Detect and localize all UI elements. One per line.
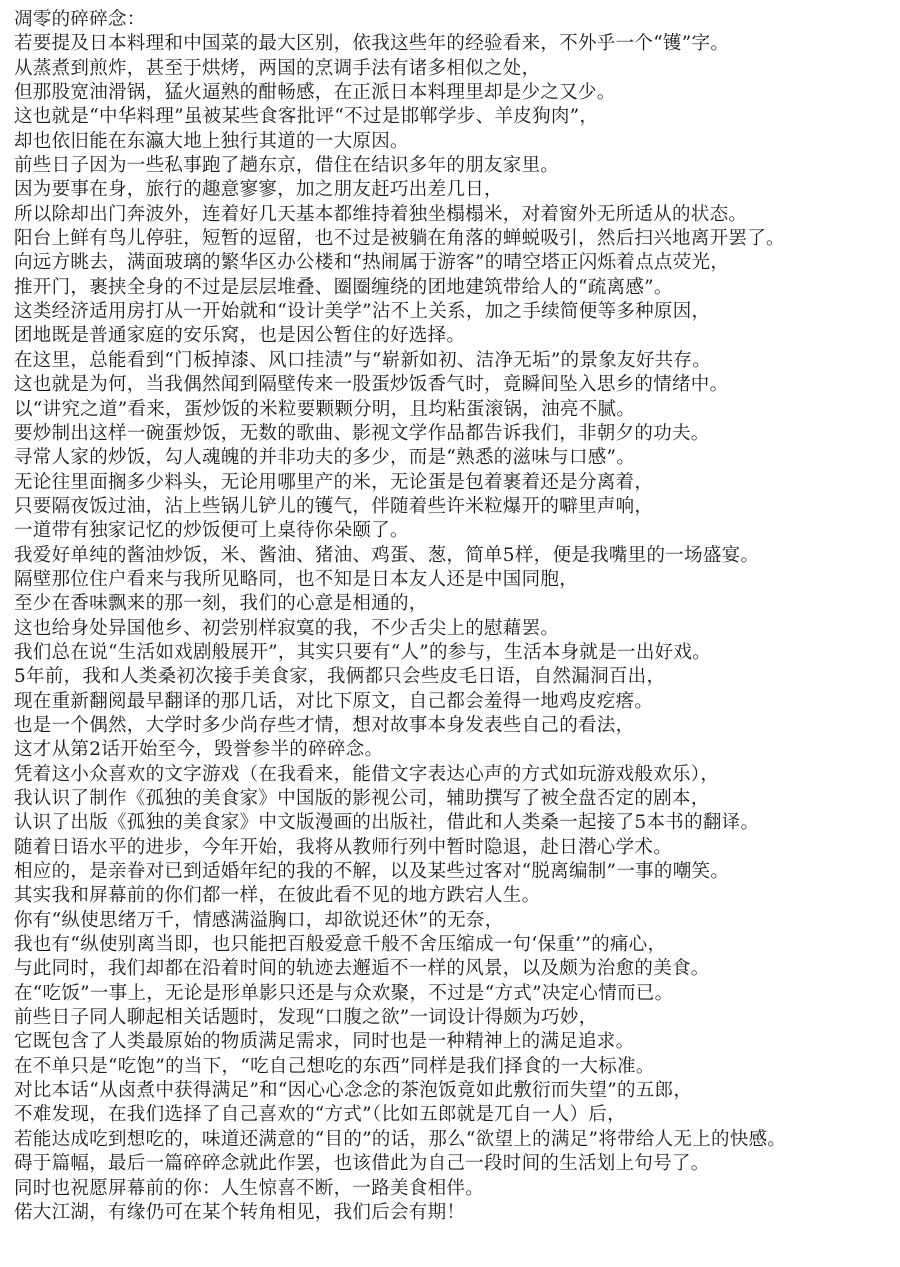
text-line: 一道带有独家记忆的炒饭便可上桌待你朵颐了。 <box>14 519 900 543</box>
text-line: 它既包含了人类最原始的物质满足需求，同时也是一种精神上的满足追求。 <box>14 1030 900 1054</box>
text-line: 我认识了制作《孤独的美食家》中国版的影视公司，辅助撰写了被全盘否定的剧本， <box>14 787 900 811</box>
text-line: 要炒制出这样一碗蛋炒饭，无数的歌曲、影视文学作品都告诉我们，非朝夕的功夫。 <box>14 422 900 446</box>
text-line: 阳台上鲜有鸟儿停驻，短暂的逗留，也不过是被躺在角落的蝉蜕吸引，然后扫兴地离开罢了… <box>14 227 900 251</box>
text-line: 这也就是“中华料理”虽被某些食客批评“不过是邯郸学步、羊皮狗肉”， <box>14 105 900 129</box>
text-line: 随着日语水平的进步，今年开始，我将从教师行列中暂时隐退，赴日潜心学术。 <box>14 836 900 860</box>
text-line: 因为要事在身，旅行的趣意寥寥，加之朋友赶巧出差几日， <box>14 178 900 202</box>
text-line: 相应的，是亲眷对已到适婚年纪的我的不解，以及某些过客对“脱离编制”一事的嘲笑。 <box>14 860 900 884</box>
text-line: 寻常人家的炒饭，勾人魂魄的并非功夫的多少，而是“熟悉的滋味与口感”。 <box>14 446 900 470</box>
text-line: 若要提及日本料理和中国菜的最大区别，依我这些年的经验看来，不外乎一个“镬”字。 <box>14 32 900 56</box>
text-line: 5年前，我和人类桑初次接手美食家，我俩都只会些皮毛日语，自然漏洞百出， <box>14 665 900 689</box>
text-line: 隔壁那位住户看来与我所见略同，也不知是日本友人还是中国同胞， <box>14 568 900 592</box>
text-line: 这也就是为何，当我偶然闻到隔壁传来一股蛋炒饭香气时，竟瞬间坠入思乡的情绪中。 <box>14 373 900 397</box>
text-line: 但那股宽油滑锅，猛火逼熟的酣畅感，在正派日本料理里却是少之又少。 <box>14 81 900 105</box>
text-line: 其实我和屏幕前的你们都一样，在彼此看不见的地方跌宕人生。 <box>14 884 900 908</box>
text-line: 只要隔夜饭过油，沾上些锅儿铲儿的镬气，伴随着些许米粒爆开的噼里声响， <box>14 495 900 519</box>
document-body: 凋零的碎碎念： 若要提及日本料理和中国菜的最大区别，依我这些年的经验看来，不外乎… <box>0 0 900 1250</box>
text-line: 却也依旧能在东瀛大地上独行其道的一大原因。 <box>14 130 900 154</box>
text-line: 在这里，总能看到“门板掉漆、风口挂渍”与“崭新如初、洁净无垢”的景象友好共存。 <box>14 349 900 373</box>
text-line: 我爱好单纯的酱油炒饭，米、酱油、猪油、鸡蛋、葱，简单5样，便是我嘴里的一场盛宴。 <box>14 544 900 568</box>
text-line: 前些日子同人聊起相关话题时，发现“口腹之欲”一词设计得颇为巧妙， <box>14 1006 900 1030</box>
text-line: 从蒸煮到煎炸，甚至于烘烤，两国的烹调手法有诸多相似之处， <box>14 57 900 81</box>
text-line: 所以除却出门奔波外，连着好几天基本都维持着独坐榻榻米，对着窗外无所适从的状态。 <box>14 203 900 227</box>
text-line: 对比本话“从卤煮中获得满足”和“因心心念念的茶泡饭竟如此敷衍而失望”的五郎， <box>14 1079 900 1103</box>
text-line: 你有“纵使思绪万千，情感满溢胸口，却欲说还休”的无奈， <box>14 909 900 933</box>
text-line: 这也给身处异国他乡、初尝别样寂寞的我，不少舌尖上的慰藉罢。 <box>14 617 900 641</box>
text-line: 推开门，裹挟全身的不过是层层堆叠、圈圈缠绕的团地建筑带给人的“疏离感”。 <box>14 276 900 300</box>
document-title: 凋零的碎碎念： <box>14 8 900 32</box>
text-line: 凭着这小众喜欢的文字游戏（在我看来，能借文字表达心声的方式如玩游戏般欢乐）， <box>14 763 900 787</box>
text-line: 至少在香味飘来的那一刻，我们的心意是相通的， <box>14 592 900 616</box>
text-line: 现在重新翻阅最早翻译的那几话，对比下原文，自己都会羞得一地鸡皮疙瘩。 <box>14 690 900 714</box>
text-line: 不难发现，在我们选择了自己喜欢的“方式”（比如五郎就是兀自一人）后， <box>14 1103 900 1127</box>
text-line <box>14 1225 900 1249</box>
text-line: 我也有“纵使别离当即，也只能把百般爱意千般不舍压缩成一句‘保重’”的痛心， <box>14 933 900 957</box>
text-line: 这才从第2话开始至今，毁誉参半的碎碎念。 <box>14 738 900 762</box>
text-line: 前些日子因为一些私事跑了趟东京，借住在结识多年的朋友家里。 <box>14 154 900 178</box>
text-line: 与此同时，我们却都在沿着时间的轨迹去邂逅不一样的风景，以及颇为治愈的美食。 <box>14 957 900 981</box>
text-line: 我们总在说“生活如戏剧般展开”，其实只要有“人”的参与，生活本身就是一出好戏。 <box>14 641 900 665</box>
text-line: 向远方眺去，满面玻璃的繁华区办公楼和“热闹属于游客”的晴空塔正闪烁着点点荧光， <box>14 251 900 275</box>
text-line: 团地既是普通家庭的安乐窝，也是因公暂住的好选择。 <box>14 324 900 348</box>
text-line: 碍于篇幅，最后一篇碎碎念就此作罢，也该借此为自己一段时间的生活划上句号了。 <box>14 1152 900 1176</box>
text-line: 无论往里面搁多少料头，无论用哪里产的米，无论蛋是包着裹着还是分离着， <box>14 471 900 495</box>
text-line: 在不单只是“吃饱”的当下，“吃自己想吃的东西”同样是我们择食的一大标准。 <box>14 1055 900 1079</box>
text-line: 若能达成吃到想吃的，味道还满意的“目的”的话，那么“欲望上的满足”将带给人无上的… <box>14 1128 900 1152</box>
text-line: 以“讲究之道”看来，蛋炒饭的米粒要颗颗分明，且均粘蛋滚锅，油亮不腻。 <box>14 398 900 422</box>
text-line: 认识了出版《孤独的美食家》中文版漫画的出版社，借此和人类桑一起接了5本书的翻译。 <box>14 811 900 835</box>
text-line: 偌大江湖，有缘仍可在某个转角相见，我们后会有期！ <box>14 1201 900 1225</box>
text-line: 也是一个偶然，大学时多少尚存些才情，想对故事本身发表些自己的看法， <box>14 714 900 738</box>
text-line: 这类经济适用房打从一开始就和“设计美学”沾不上关系，加之手续简便等多种原因， <box>14 300 900 324</box>
text-line: 同时也祝愿屏幕前的你：人生惊喜不断，一路美食相伴。 <box>14 1177 900 1201</box>
text-line: 在“吃饭”一事上，无论是形单影只还是与众欢聚，不过是“方式”决定心情而已。 <box>14 982 900 1006</box>
